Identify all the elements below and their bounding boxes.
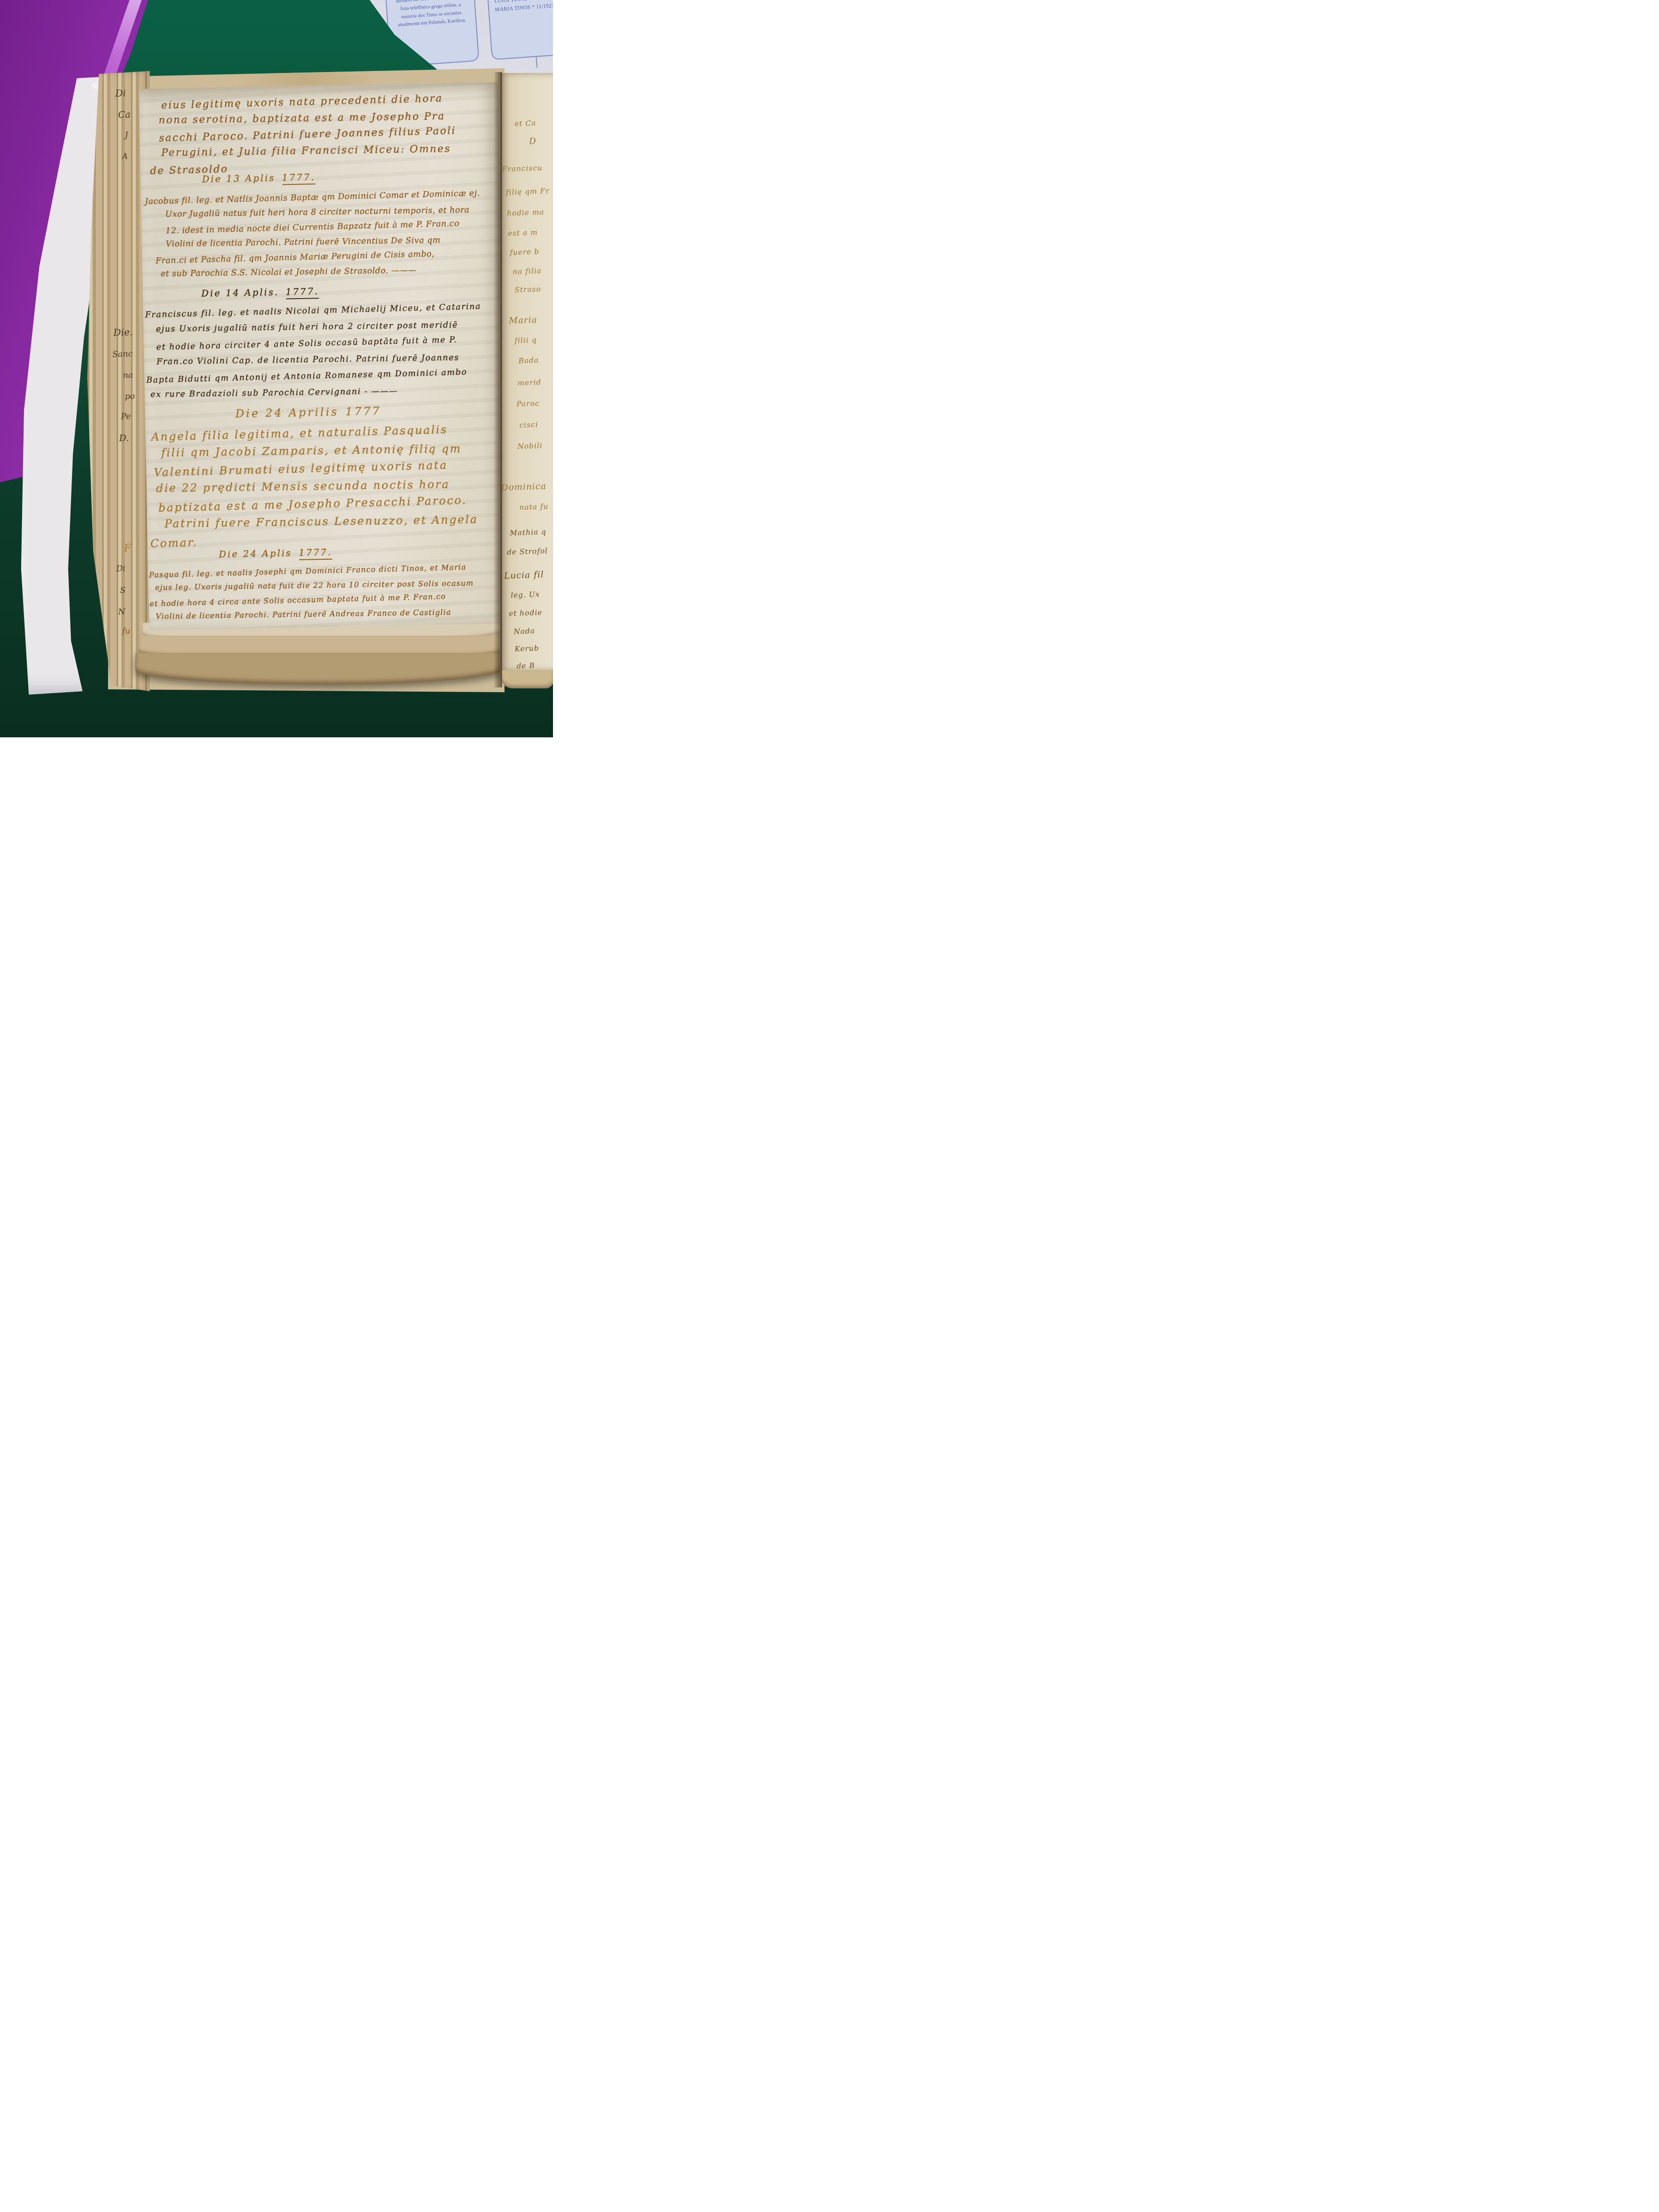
right-page-bottom-edge (500, 670, 553, 688)
ink-fragment: Maria (509, 315, 538, 326)
entry-date-heading: Die 14 Aplis.1777. (201, 286, 319, 299)
ink-fragment: Pe (121, 412, 131, 422)
ink-fragment: na (123, 371, 133, 381)
ink-fragment: et Ca (515, 119, 537, 128)
ink-fragment: po (125, 392, 135, 402)
ink-fragment: de B (517, 661, 535, 670)
ink-fragment: fu (122, 626, 131, 637)
ink-fragment: Ca (118, 109, 131, 120)
heading-text: Die 14 Aplis. (201, 287, 279, 299)
baptism-entry-franciscus: Franciscus fil. leg. et naalis Nicolai q… (145, 300, 483, 404)
heading-text: Die 13 Aplis (202, 173, 276, 185)
ink-fragment: cisci (519, 420, 539, 429)
ink-fragment: nata fu (519, 502, 549, 512)
entry-date-heading: Die 13 Aplis1777. (202, 172, 315, 185)
ink-fragment: Franciscu (502, 164, 543, 174)
heading-text: Die 24 Aplis (219, 548, 292, 560)
ink-fragment: hodie ma (507, 208, 544, 218)
heading-year: 1777 (345, 405, 381, 418)
ink-fragment: et hodie (509, 608, 542, 618)
ink-fragment: Di (115, 87, 126, 99)
ink-fragment: Sanc (112, 349, 133, 359)
ink-fragment: J (125, 131, 129, 140)
page-bottom-edge-3 (135, 653, 504, 685)
ink-fragment: de Strofol (507, 547, 548, 557)
heading-year: 1777. (299, 547, 332, 560)
ink-fragment: D. (119, 433, 129, 444)
ink-fragment: Bada (518, 356, 539, 365)
ink-fragment: Die. (113, 326, 133, 338)
ink-fragment: Di (116, 564, 126, 574)
ink-fragment: fuere b (510, 247, 540, 257)
ink-fragment: Kerub (515, 644, 540, 653)
ink-fragment: merid (517, 378, 541, 387)
ink-fragment: N (118, 607, 126, 617)
heading-text: Die 24 Aprilis (235, 406, 339, 420)
baptism-entry-pasqua: Pasqua fil. leg. et naalis Josephi qm Do… (149, 561, 474, 625)
heading-year: 1777. (286, 286, 319, 299)
ink-fragment: Nada (514, 626, 535, 636)
ink-fragment: Straso (515, 285, 541, 294)
ink-fragment: Nobili (517, 441, 543, 451)
ink-fragment: est a m (508, 228, 538, 238)
ink-fragment: Paroc (517, 399, 540, 409)
ink-fragment: na filia (513, 266, 542, 276)
book-gutter-shadow (493, 72, 502, 687)
baptism-entry-angela: Angela filia legitima, et naturalis Pasq… (148, 421, 479, 552)
register-right-page: et Ca D Franciscu filię qm Fr hodie ma e… (500, 73, 553, 671)
ink-fragment: D (529, 136, 537, 147)
baptism-entry-jacobus: Jacobus fil. leg. et Natlis Joannis Bapt… (144, 187, 481, 283)
ink-fragment: Lucia fil (504, 570, 544, 581)
entry-date-heading: Die 24 Aprilis1777 (235, 405, 381, 421)
ink-fragment: filii q (515, 336, 537, 345)
tree-connector-line (536, 56, 538, 68)
ink-fragment: A (122, 152, 128, 161)
register-left-page: eius legitimę uxoris nata precedenti die… (139, 82, 508, 630)
ink-fragment: Mathia q (510, 528, 547, 538)
ink-fragment: filię qm Fr (506, 186, 550, 196)
ink-fragment: leg. Ux (511, 590, 541, 600)
entry-date-heading: Die 24 Aplis1777. (219, 547, 332, 560)
ink-fragment: F (124, 542, 132, 555)
family-names-box: ZITA TINOS * 1924 + 199 LUIGI TINOS * 19… (485, 0, 553, 60)
ink-fragment: Dominica (501, 481, 547, 493)
photo-of-baptismal-register: { "scene": { "felt_color": "#0d5338", "f… (0, 0, 553, 737)
heading-year: 1777. (282, 172, 315, 185)
ink-fragment: S (120, 586, 126, 595)
baptism-entry-continuation: eius legitimę uxoris nata precedenti die… (158, 91, 457, 178)
